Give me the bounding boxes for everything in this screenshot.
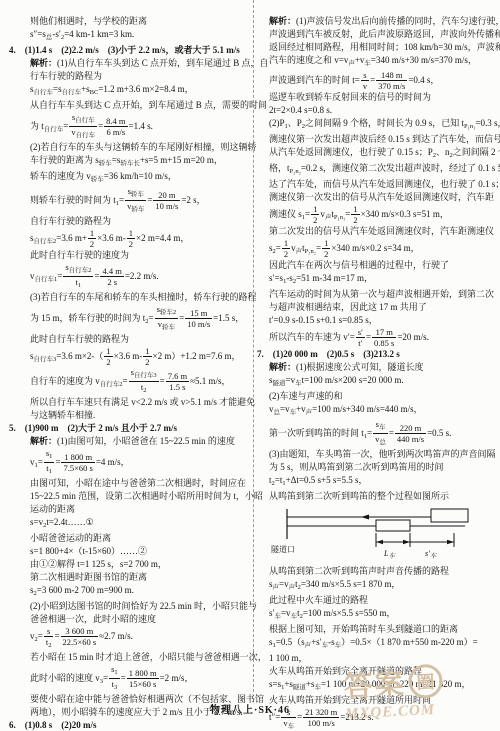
fraction: s′t′ <box>356 327 365 348</box>
solution-text-line: s″=s总-s′2=4 km-1 km=3 km. <box>9 28 254 44</box>
left-column: 则他们相遇时，与学校的距离s″=s总-s′2=4 km-1 km=3 km.4.… <box>9 15 254 731</box>
fraction: 8.4 m6 m/s <box>104 116 127 137</box>
fraction: st2 <box>44 626 54 651</box>
solution-text-line: 为 t自行车=s自行车v自行车=8.4 m6 m/s=1.4 s. <box>9 112 254 141</box>
solution-text-line: 此时自行车行驶的速度为 <box>9 249 254 262</box>
fraction: s自行车v自行车 <box>69 112 97 141</box>
fraction: s车v总 <box>373 419 388 448</box>
solution-text-line: 与这辆轿车相撞. <box>9 409 254 422</box>
solution-text-line: 为 5 s，则从鸣笛到第二次听到鸣笛用的时间 <box>257 461 499 474</box>
fraction: 12 <box>143 346 151 367</box>
solution-text-line: 解析：(1)根据速度公式可知，隧道长度 <box>257 361 499 374</box>
tunnel-entrance-label: 隧道口 <box>271 545 295 554</box>
solution-text-line: 声波遇到汽车的时间 t=sv=148 m370 m/s=0.4 s， <box>257 70 499 91</box>
solution-text-line: s=v2t=2.4t……① <box>9 516 254 532</box>
solution-text-line: s声=v声t2=340 m/s×5.5 s=1 870 m， <box>257 578 499 594</box>
solution-text-line: (3)若自行车的车尾和轿车的车头相撞时，轿车行驶的路程 <box>9 291 254 304</box>
fraction: sv <box>361 70 369 91</box>
solution-text-line: v2=st2=3 600 m22.5×60 s≈2.7 m/s. <box>9 626 254 651</box>
solution-text-line: 若小昭在 15 min 时才追上爸爸，小昭只能与爸爸相遇一次， <box>9 651 254 664</box>
fraction: 7.6 m1.5 s <box>166 371 189 392</box>
fraction: 12 <box>311 204 319 225</box>
solution-text-line: 第二次发出的信号从汽车处返回测速仪时，汽车距测速仪 <box>257 225 499 238</box>
solution-text-line: s2=12v声tP₂n₂=12×340 m/s×0.2 s=34 m， <box>257 238 499 259</box>
solution-text-line: 为 15 m，轿车行驶的时间为 t2=s轿车2v轿车=15 m10 m/s=1.… <box>9 304 254 333</box>
fraction: s轿车2v轿车 <box>155 304 179 333</box>
fraction: 12 <box>104 346 112 367</box>
fraction: s1t1 <box>44 448 55 477</box>
fraction: s轿车v轿车 <box>125 186 146 215</box>
solution-text-line: 由图可知，小昭在途中与爸爸第二次相遇时，时间应在 <box>9 477 254 490</box>
right-column: 解析：(1)声波信号发出后向前传播的同时，汽车匀速行驶，声波遇到汽车被反射，此后… <box>257 15 499 731</box>
fraction: 17 m0.85 s <box>372 327 396 348</box>
solution-text-line: 返回经过相同路程，用相同时间；108 km/h=30 m/s，声波和 <box>257 41 499 54</box>
solution-text-line: 巡逻车收到轿车反射回来的信号的时间为 <box>257 91 499 104</box>
fraction: 15 m10 m/s <box>185 308 212 329</box>
solution-text-line: 15~22.5 min 范围，设第二次相遇时小昭所用时间为 t，小昭 <box>9 490 254 503</box>
solution-text-line: 行车行驶的路程为 <box>9 70 254 83</box>
watermark: 答案 圈 MXQE.COM <box>343 659 445 723</box>
solution-text-line: 达了汽车处，而信号从汽车处返回测速仪，也行驶了 0.1 s； <box>257 178 499 191</box>
solution-text-line: 从汽车处返回测速仪，也行驶了 0.15 s；P2、n2之间间隔 2 个 <box>257 146 499 162</box>
watermark-logo-text: 答案 <box>343 661 407 705</box>
solution-text-line: 测速仪 s1=12v声tP₁n₁=12×340 m/s×0.3 s=51 m， <box>257 204 499 225</box>
solution-text-line: 爸爸相遇一次，此时小昭的速度 <box>9 613 254 626</box>
solution-text-line: s′车=v车t2=100 m/s×5.5 s=550 m， <box>257 607 499 623</box>
solution-text-line: 格，tP₂n₂=0.2 s，测速仪第二次发出超声波时，经过了 0.1 s 到 <box>257 162 499 178</box>
solution-text-line: 所以汽车的车速为 v′=s′t′=17 m0.85 s=20 m/s. <box>257 327 499 348</box>
solution-text-line: (2)P1、P2之间间隔 9 个格，时间长为 0.9 s，已知 tP₁n₁=0.… <box>257 117 499 133</box>
train-length-label: L车 <box>384 549 395 561</box>
fraction: 12 <box>127 228 135 249</box>
solution-text-line: (2)小昭到达图书馆的时间恰好为 22.5 min 时，小昭只能与 <box>9 600 254 613</box>
solution-text-line: 测速仪第一次发出的信号从汽车处返回测速仪时，汽车距 <box>257 191 499 204</box>
fraction: 12 <box>351 204 359 225</box>
solution-text-line: 小昭爸爸运动的距离 <box>9 532 254 545</box>
solution-text-line: 声波遇到汽车被反射，此后声波原路返回，声波向外传播和 <box>257 28 499 41</box>
fraction: 4.4 m2 s <box>100 266 123 287</box>
fraction: 3 600 m22.5×60 s <box>61 626 99 647</box>
solution-text-line: s1=0.5（s声+s′车-s车）=0.5×（1 870 m+550 m-220… <box>257 636 499 652</box>
solution-text-line: 自行车行驶的路程为 <box>9 215 254 228</box>
solution-text-line: 则轿车行驶的时间为 t1=s轿车v轿车=20 m10 m/s=2 s， <box>9 186 254 215</box>
solution-text-line: 则他们相遇时，与学校的距离 <box>9 15 254 28</box>
solution-text-line: (3)由题知，车头鸣笛一次，他听到两次鸣笛声的声音间隔 <box>257 448 499 461</box>
solution-text-line: 因此汽车在两次与信号相遇的过程中，行驶了 <box>257 259 499 272</box>
fraction: 148 m370 m/s <box>376 70 407 91</box>
solution-text-line: 解析：(1)由图可知，小昭爸爸在 15~22.5 min 的速度 <box>9 435 254 448</box>
solution-text-line: 此过程中火车通过的路程 <box>257 594 499 607</box>
fraction: 12 <box>88 228 96 249</box>
item-answer-line: 5. (1)900 m (2)大于 2 m/s 且小于 2.7 m/s <box>9 422 254 435</box>
watermark-logo: 答案 圈 <box>343 659 444 705</box>
solution-text-line: v自行车1=s自行车2t1=4.4 m2 s=2.2 m/s. <box>9 262 254 291</box>
solution-text-line: t2=t1+Δt=0.5 s+5 s=5.5 s， <box>257 474 499 490</box>
fraction: 20 m10 m/s <box>153 190 180 211</box>
fraction: s自行车2t1 <box>63 262 93 291</box>
train-tunnel-diagram: 隧道口 L车 s′车 <box>269 505 487 563</box>
solution-text-line: 所以自行车车速只有满足 v<2.2 m/s 或 v>5.1 m/s 才能避免 <box>9 396 254 409</box>
fraction: 12 <box>282 238 290 259</box>
solution-text-line: 从鸣笛到第二次听到鸣笛声时声音传播的路程 <box>257 565 499 578</box>
solution-text-line: 运动的距离 <box>9 503 254 516</box>
fraction: s1t3 <box>109 664 120 693</box>
solution-text-line: s=1 800+4×（t-15×60）……② <box>9 545 254 558</box>
item-answer-line: 6. (1)0.8 s (2)20 m/s <box>9 719 254 731</box>
item-answer-line: 4. (1)1.4 s (2)2.2 m/s (3)小于 2.2 m/s，或者大… <box>9 44 254 57</box>
solution-text-line: 此时小昭的速度 v3=s1t3=1 800 m15×60 s=2 m/s， <box>9 664 254 693</box>
watermark-logo-badge: 圈 <box>408 663 444 699</box>
fraction: s自行车3t2 <box>129 367 159 396</box>
solution-text-line: s自行车3=3.6 m×2-（12×3.6 m-12×2 m）+1.2 m=7.… <box>9 346 254 367</box>
solution-text-line: 解析：(1)声波信号发出后向前传播的同时，汽车匀速行驶， <box>257 15 499 28</box>
solution-text-line: 解析：(1)从自行车车头到达 C 点开始，到车尾通过 B 点，自 <box>9 57 254 70</box>
solution-text-line: v1=s1t1=1 800 m7.5×60 s=4 m/s， <box>9 448 254 477</box>
solution-text-line: s自行车=s自行车+sBC=1.2 m+3.6 m×2=8.4 m， <box>9 83 254 99</box>
fraction: 1 800 m7.5×60 s <box>61 452 94 473</box>
item-answer-line: 7. (1)20 000 m (2)0.5 s (3)213.2 s <box>257 348 499 361</box>
solution-text-line: s′=s1-s2=51 m-34 m=17 m， <box>257 272 499 288</box>
solution-text-line: (2)车速与声速的和 <box>257 390 499 403</box>
solution-text-line: 由①②解得 t=1 125 s，s=2 700 m， <box>9 558 254 571</box>
solution-text-line: 汽车的速度之和 v=v声+v车=340 m/s+30 m/s=370 m/s， <box>257 54 499 70</box>
solution-text-line: (2)若自行车的车头与这辆轿车的车尾刚好相撞，则这辆轿 <box>9 141 254 154</box>
solution-text-line: s2=3 600 m-2 700 m=900 m. <box>9 584 254 600</box>
solution-text-line: 轿车的速度为 v轿车=36 km/h=10 m/s， <box>9 170 254 186</box>
train-tunnel-figure <box>269 505 487 563</box>
solution-text-line: 测速仪第一次发出超声波后经 0.15 s 到达了汽车处，而信号 <box>257 133 499 146</box>
fraction: 220 m440 m/s <box>395 423 426 444</box>
solution-text-line: 汽车运动的时间为从第一次与超声波相遇开始，到第二次 <box>257 288 499 301</box>
solution-text-line: 从鸣笛到第二次听到鸣笛的整个过程如图所示 <box>257 490 499 503</box>
answer-book-page: 则他们相遇时，与学校的距离s″=s总-s′2=4 km-1 km=3 km.4.… <box>0 0 500 731</box>
train-distance-label: s′车 <box>425 549 436 561</box>
solution-text-line: v总=v车+v声=100 m/s+340 m/s=440 m/s， <box>257 403 499 419</box>
solution-text-line: 从自行车车头到达 C 点开始，到车尾通过 B 点，需要的时间 <box>9 99 254 112</box>
fraction: 1 800 m15×60 s <box>127 668 159 689</box>
solution-text-line: t′=0.9 s-0.15 s+0.1 s=0.85 s， <box>257 314 499 327</box>
solution-text-line: s自行车2=3.6 m+12×3.6 m-12×2 m=4.4 m， <box>9 228 254 249</box>
solution-text-line: 车行驶的距离为 s轿车=s轿车长+s=5 m+15 m=20 m， <box>9 154 254 170</box>
solution-text-line: 此时自行车行驶的路程为 <box>9 333 254 346</box>
solution-text-line: 第一次听到鸣笛的时间 t1=s车v总=220 m440 m/s=0.5 s. <box>257 419 499 448</box>
solution-text-line: 第二次相遇时距图书馆的距离 <box>9 571 254 584</box>
solution-text-line: 根据上图可知，开始鸣笛时车头到隧道口的距离 <box>257 623 499 636</box>
solution-text-line: 2t=2×0.4 s=0.8 s. <box>257 104 499 117</box>
solution-text-line: 自行车的速度为 v自行车2=s自行车3t2=7.6 m1.5 s≈5.1 m/s… <box>9 367 254 396</box>
fraction: 12 <box>322 238 330 259</box>
solution-text-line: 与超声波相遇结束，因此这 17 m 共用了 <box>257 301 499 314</box>
solution-text-line: s隧道=v车t=100 m/s×200 s=20 000 m. <box>257 374 499 390</box>
